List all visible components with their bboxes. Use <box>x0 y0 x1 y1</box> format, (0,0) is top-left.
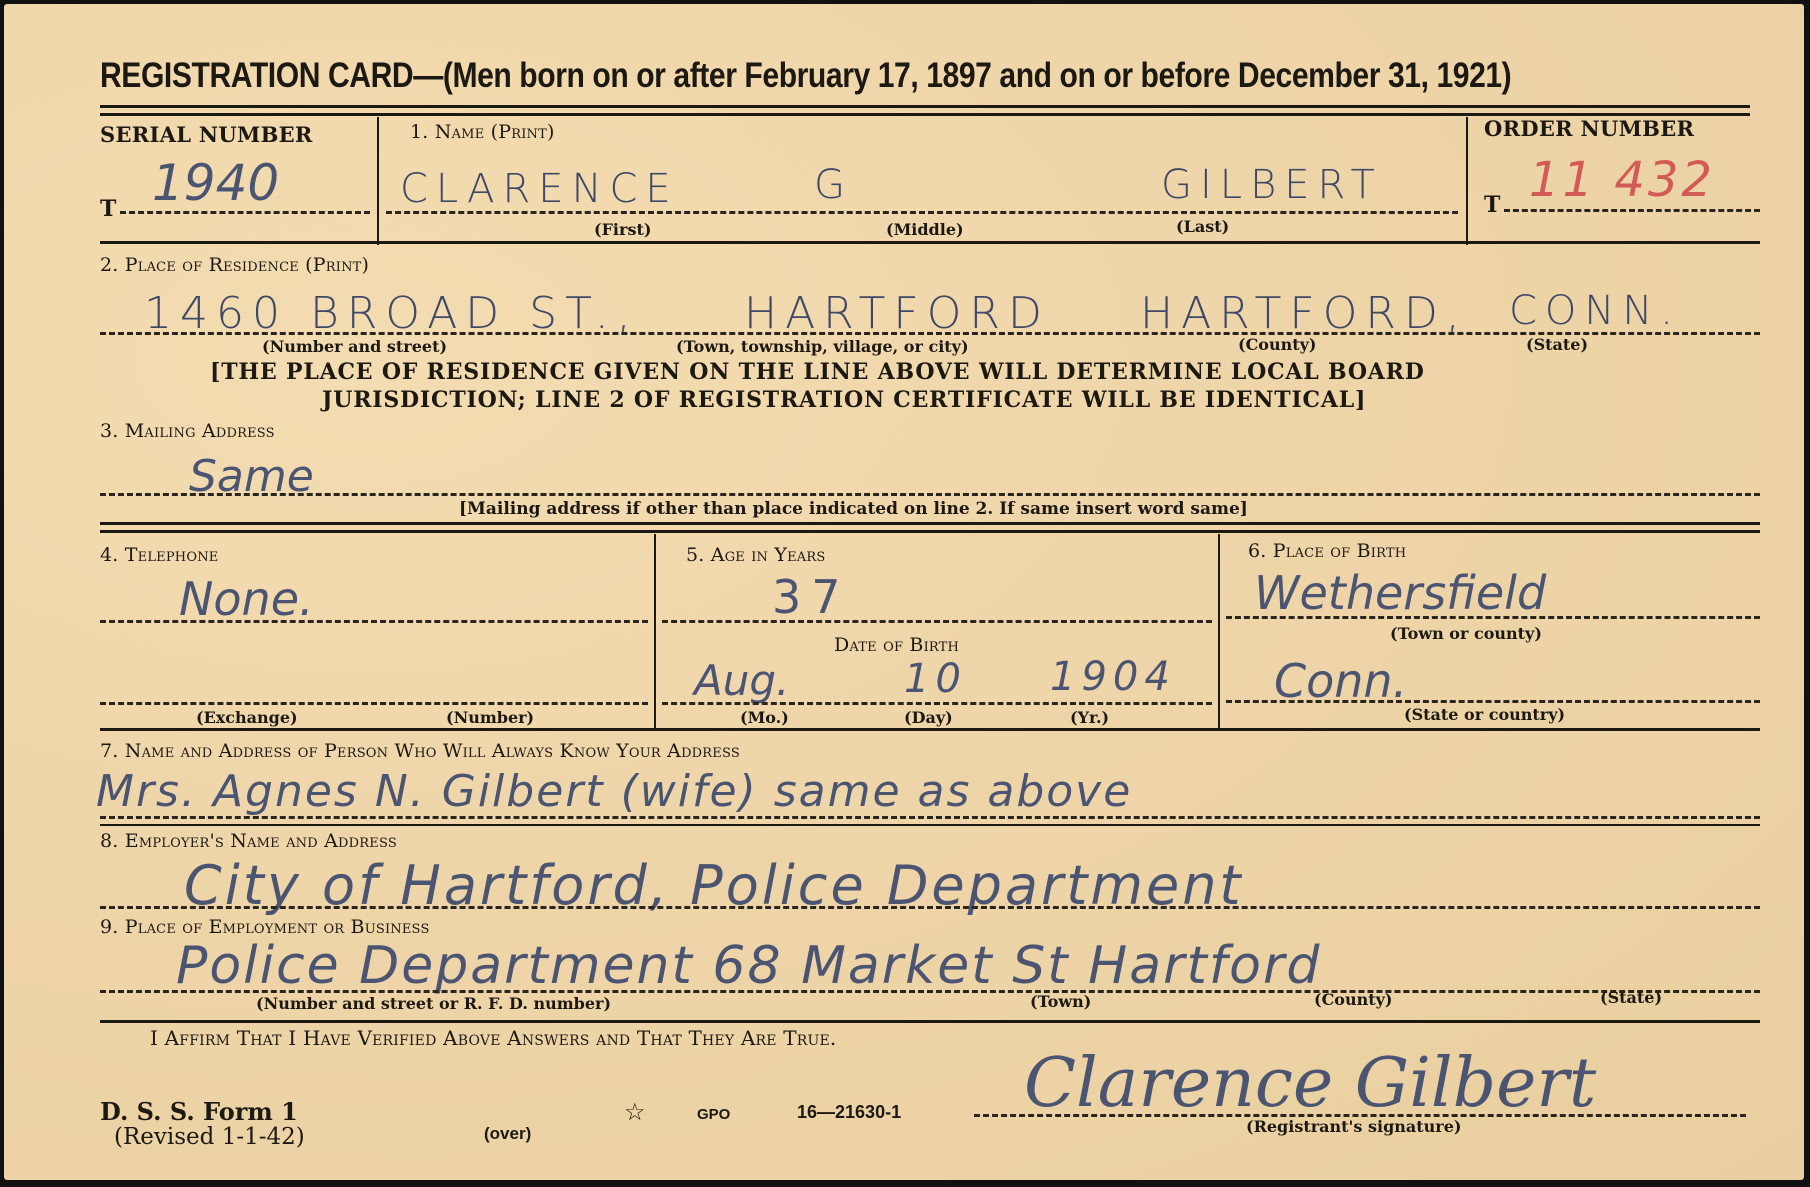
serial-number-value: 1940 <box>152 154 279 212</box>
residence-town-caption: (Town, township, village, or city) <box>676 337 969 356</box>
age-value: 37 <box>772 570 851 624</box>
name-middle-value: G <box>814 162 853 208</box>
telephone-label: 4. Telephone <box>100 544 218 566</box>
name-middle-caption: (Middle) <box>886 220 964 239</box>
employer-label: 8. Employer's Name and Address <box>100 830 397 852</box>
name-label: 1. Name (Print) <box>410 121 555 143</box>
residence-county-caption: (County) <box>1238 335 1317 354</box>
dob-label: Date of Birth <box>834 634 959 656</box>
residence-notice-line1: [THE PLACE OF RESIDENCE GIVEN ON THE LIN… <box>210 359 1425 385</box>
age-label: 5. Age in Years <box>686 544 825 566</box>
birthplace-town-line <box>1226 616 1760 619</box>
dob-day-caption: (Day) <box>904 708 953 727</box>
name-first-caption: (First) <box>594 220 651 239</box>
registration-card: REGISTRATION CARD—(Men born on or after … <box>4 4 1804 1180</box>
name-last-caption: (Last) <box>1176 217 1229 236</box>
employment-value: Police Department 68 Market St Hartford <box>176 936 1321 996</box>
birthplace-state-caption: (State or country) <box>1404 705 1565 724</box>
employment-label: 9. Place of Employment or Business <box>100 916 430 938</box>
telephone-divider <box>654 534 656 730</box>
residence-line <box>100 332 1760 335</box>
birthplace-state-line <box>1226 700 1760 703</box>
employment-street-caption: (Number and street or R. F. D. number) <box>256 994 611 1013</box>
birthplace-label: 6. Place of Birth <box>1248 540 1406 562</box>
name-line <box>386 211 1458 214</box>
telephone-line-2 <box>100 702 648 705</box>
over-label: (over) <box>484 1124 531 1144</box>
contact-label: 7. Name and Address of Person Who Will A… <box>100 740 740 762</box>
row1-rule <box>100 241 1760 244</box>
employer-line <box>100 906 1760 909</box>
contact-line <box>100 816 1760 819</box>
gpo-number: 16—21630-1 <box>797 1102 901 1123</box>
affirmation-text: I Affirm That I Have Verified Above Answ… <box>150 1026 836 1050</box>
serial-divider <box>377 117 379 245</box>
mailing-address-label: 3. Mailing Address <box>100 420 275 442</box>
employment-state-caption: (State) <box>1600 988 1662 1007</box>
serial-prefix: T <box>100 196 116 222</box>
dob-month-value: Aug. <box>694 656 789 705</box>
dob-year-caption: (Yr.) <box>1070 708 1109 727</box>
age-line <box>662 620 1212 623</box>
birthplace-town-caption: (Town or county) <box>1390 624 1542 643</box>
order-number-label: ORDER NUMBER <box>1484 116 1694 141</box>
order-prefix: T <box>1484 192 1500 218</box>
telephone-exchange-caption: (Exchange) <box>196 708 298 727</box>
residence-state-value: CONN. <box>1509 288 1681 334</box>
row7-rule <box>100 824 1760 826</box>
signature-caption: (Registrant's signature) <box>1246 1117 1461 1136</box>
contact-value: Mrs. Agnes N. Gilbert (wife) same as abo… <box>96 766 1132 817</box>
star-icon: ☆ <box>624 1098 646 1126</box>
employment-county-caption: (County) <box>1314 990 1393 1009</box>
employment-line <box>100 990 1760 993</box>
residence-state-caption: (State) <box>1526 335 1588 354</box>
birthplace-town-value: Wethersfield <box>1254 566 1546 620</box>
serial-line <box>120 211 370 214</box>
name-first-value: CLARENCE <box>400 166 679 212</box>
mailing-address-note: [Mailing address if other than place ind… <box>459 499 1248 519</box>
employment-town-caption: (Town) <box>1030 992 1091 1011</box>
telephone-line-1 <box>100 620 648 623</box>
row9-rule <box>100 1020 1760 1023</box>
form-number: D. S. S. Form 1 <box>100 1097 298 1126</box>
row3-rule-bottom <box>100 530 1760 533</box>
order-line <box>1504 209 1760 212</box>
title-rule-top <box>100 105 1750 108</box>
serial-number-label: SERIAL NUMBER <box>100 122 313 147</box>
dob-month-caption: (Mo.) <box>740 708 789 727</box>
row3-rule-top <box>100 522 1760 525</box>
residence-notice-line2: JURISDICTION; LINE 2 OF REGISTRATION CER… <box>322 387 1366 413</box>
residence-label: 2. Place of Residence (Print) <box>100 254 369 276</box>
row4-rule <box>100 728 1760 731</box>
order-number-value: 11 432 <box>1529 152 1715 208</box>
age-divider <box>1218 534 1220 730</box>
order-divider <box>1466 117 1468 245</box>
gpo-label: GPO <box>697 1106 730 1123</box>
name-last-value: GILBERT <box>1161 162 1383 208</box>
residence-street-caption: (Number and street) <box>262 337 447 356</box>
registrant-signature: Clarence Gilbert <box>1024 1044 1596 1123</box>
card-title: REGISTRATION CARD—(Men born on or after … <box>100 56 1511 96</box>
dob-day-value: 10 <box>904 656 967 702</box>
telephone-number-caption: (Number) <box>446 708 534 727</box>
form-revised: (Revised 1-1-42) <box>114 1124 305 1150</box>
telephone-value: None. <box>179 572 314 626</box>
dob-year-value: 1904 <box>1050 654 1176 700</box>
mailing-line <box>100 493 1760 496</box>
dob-line <box>662 702 1212 705</box>
